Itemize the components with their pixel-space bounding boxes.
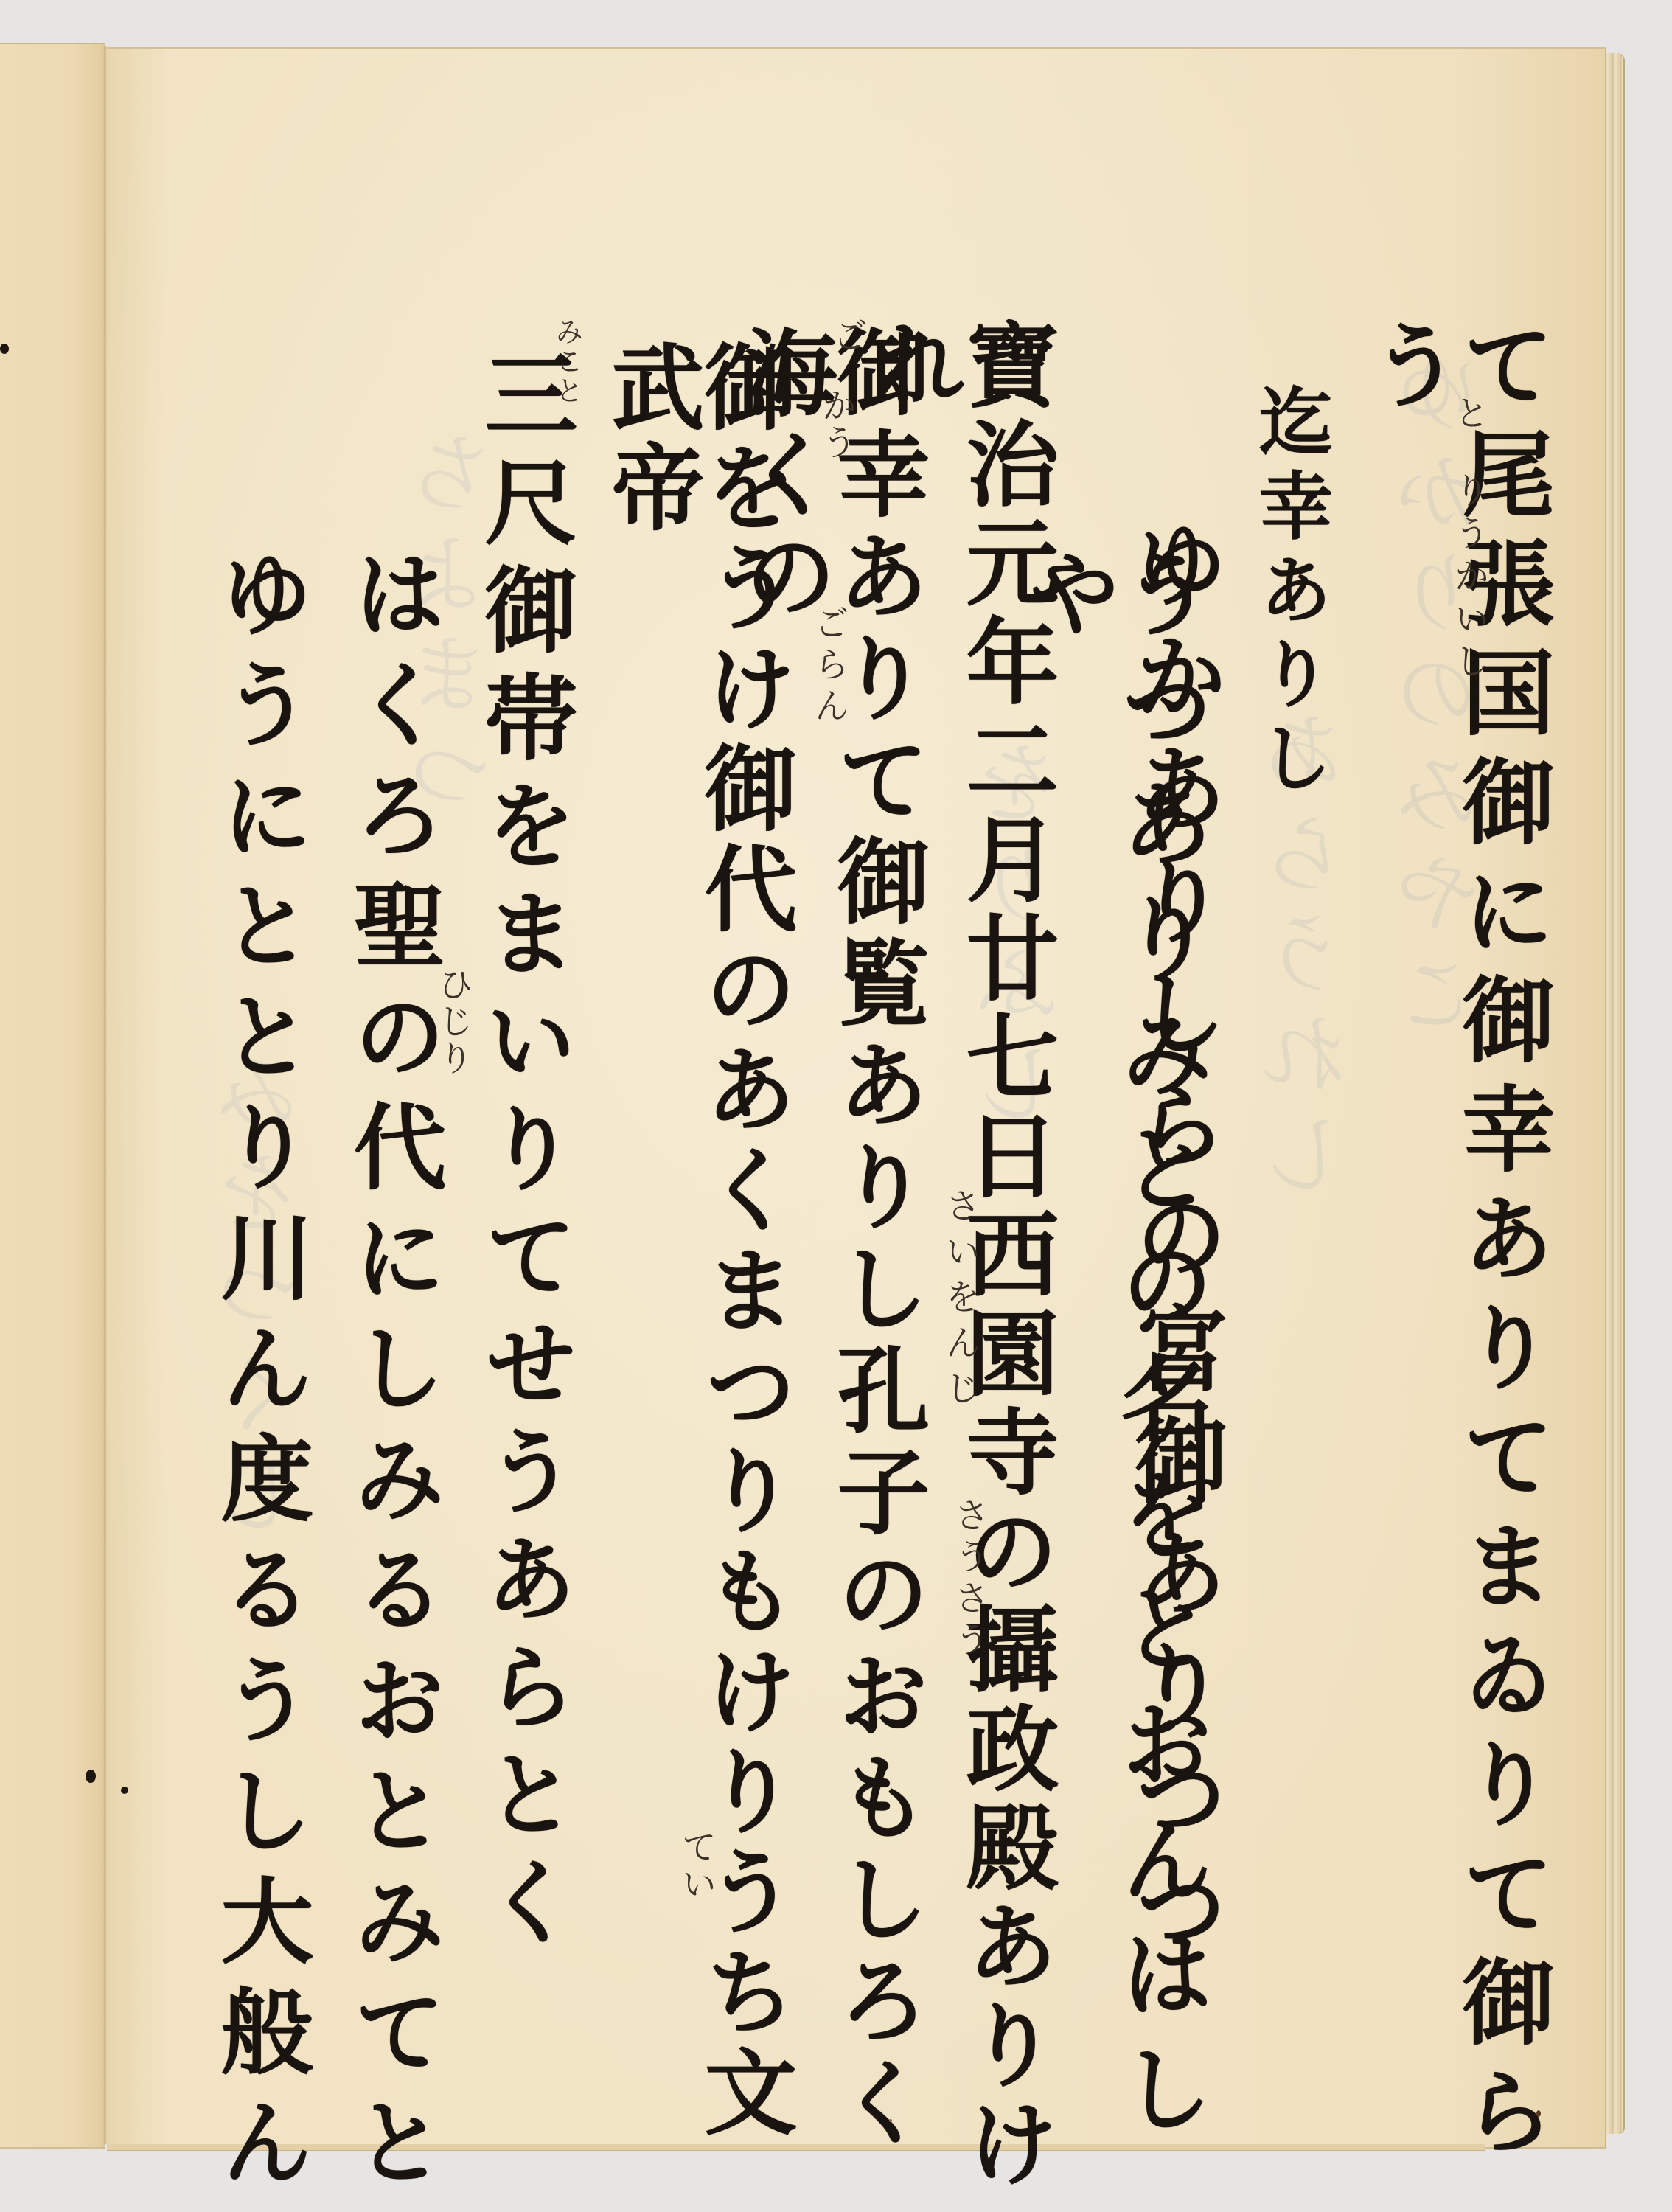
furigana-go: ご [829,317,865,354]
furigana-to: と [1451,394,1486,431]
paper-speck [1536,2110,1541,2117]
furigana-mikoto: みこと [553,317,581,406]
furigana-sausau: さうさう [951,1497,986,1662]
text-column-8: 三尺御帯をまいりてせうあらとく [478,347,571,1961]
book-spread: ゆかりのみやこ あらうれし をりふし ちよまつ みをつくし て尾張国御に御幸あり… [0,0,1672,2212]
furigana-ryukaishi: りうかいし [1451,472,1486,686]
text-column-2: 迄幸ありし [1253,383,1327,804]
text-column-10: ゆうにととり川ん度るうし大般ん [214,546,307,2205]
furigana-hijiri: ひじり [435,966,470,1077]
left-page-edge [0,43,105,2149]
margin-ink-dot [121,1787,128,1794]
furigana-saionji: さいをんじ [942,1187,978,1416]
paper-speck [889,2119,892,2122]
furigana-goran: ごらん [811,605,846,728]
text-column-7: 御をうけ御代のあくまつりもけりうち文武帝 [605,339,790,2212]
text-column-9: はくろ聖の代にしみるおとみてと [346,546,439,2205]
left-page-ink-mark [0,344,9,354]
furigana-tei: てい [678,1829,714,1902]
furigana-kau: かう [818,387,854,461]
margin-ink-mark [86,1770,96,1783]
